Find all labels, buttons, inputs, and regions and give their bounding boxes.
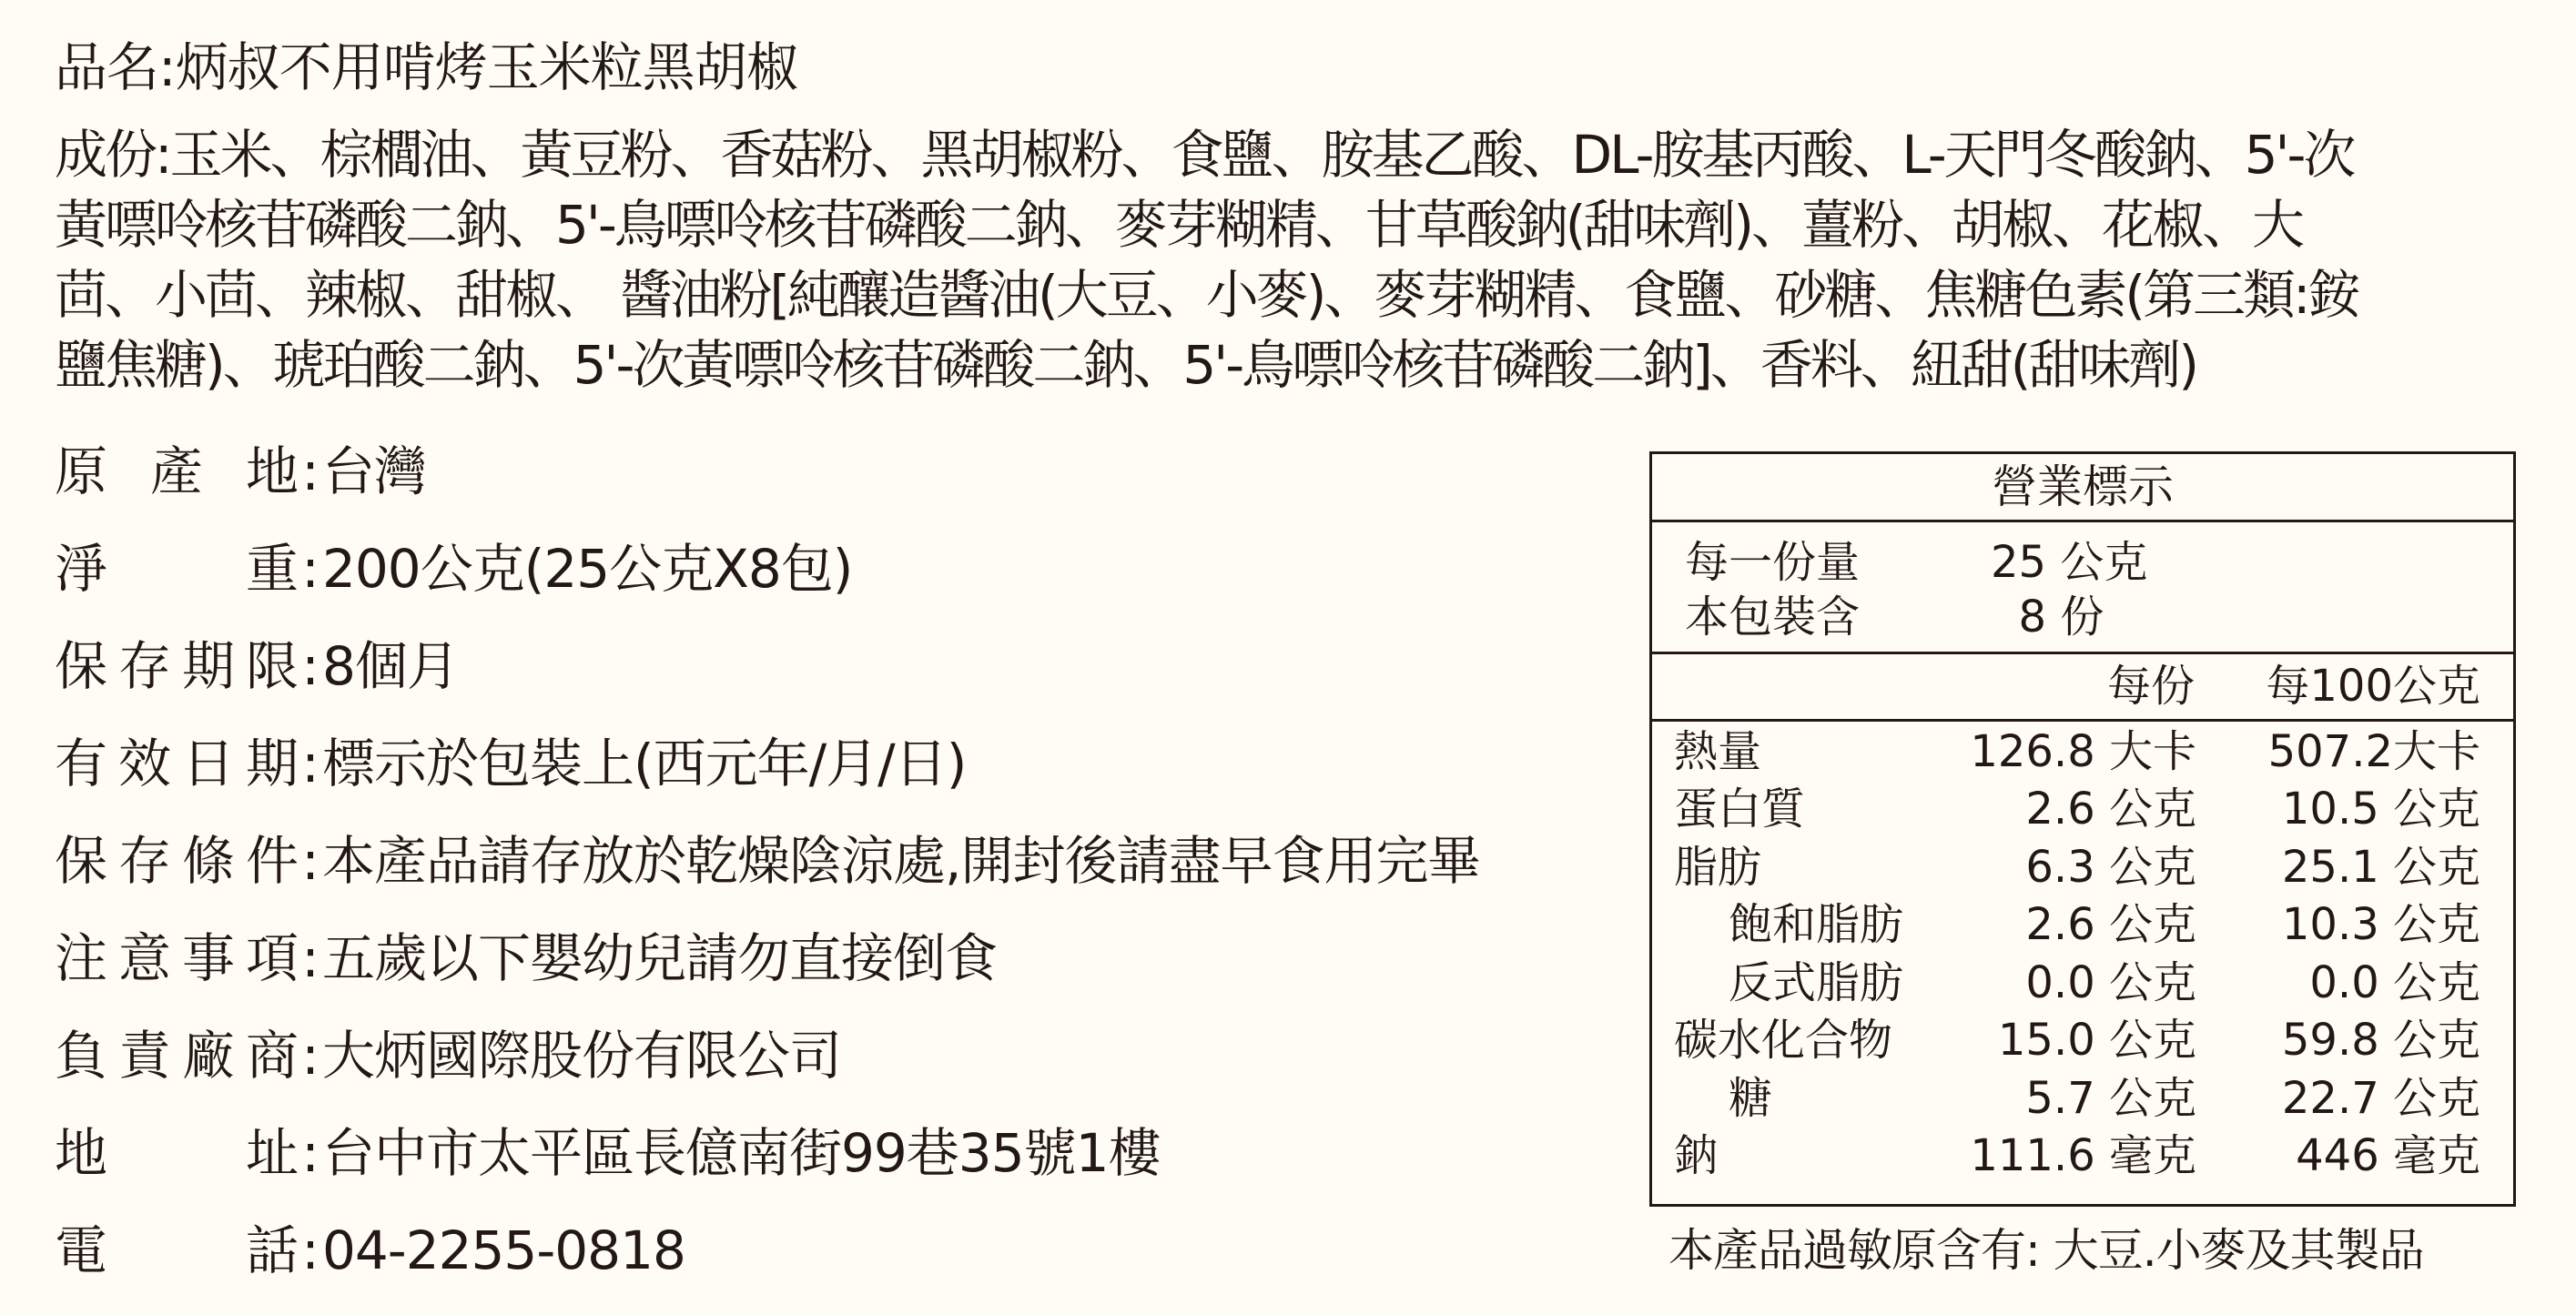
nutrient-per-100g: 25.1 公克 — [2282, 839, 2480, 896]
serving-size-label: 每一份量 — [1685, 535, 1860, 590]
product-name-value: 炳叔不用啃烤玉米粒黑胡椒 — [176, 36, 798, 98]
info-row-origin: 原 產 地 : 台灣 — [55, 439, 426, 504]
colon: : — [299, 926, 322, 991]
info-row-shelf-life: 保 存 期 限 : 8個月 — [55, 633, 459, 699]
info-label: 負 責 廠 商 — [55, 1023, 299, 1088]
ingredients-line: 鹽焦糖)、琥珀酸二鈉、5'-次黃嘌呤核苷磷酸二鈉、5'-鳥嘌呤核苷磷酸二鈉]、香… — [55, 330, 2476, 400]
nutrient-per-serving: 126.8 大卡 — [1970, 723, 2196, 781]
nutrient-per-100g: 10.3 公克 — [2282, 896, 2480, 954]
colon: : — [299, 731, 322, 796]
info-row-phone: 電 話 : 04-2255-0818 — [55, 1218, 685, 1283]
serving-size-value: 25 公克 — [1991, 535, 2147, 590]
label-char: 保 — [55, 828, 107, 894]
nutrition-row: 熱量 126.8 大卡 507.2大卡 — [1652, 723, 2513, 781]
nutrient-per-serving: 2.6 公克 — [2025, 781, 2196, 838]
colon: : — [299, 633, 322, 699]
info-value: 台灣 — [322, 439, 426, 504]
info-value: 8個月 — [322, 633, 459, 699]
ingredients-line: 成份:玉米、棕櫚油、黃豆粉、香菇粉、黑胡椒粉、食鹽、胺基乙酸、DL-胺基丙酸、L… — [55, 120, 2476, 190]
nutrient-per-serving: 6.3 公克 — [2025, 839, 2196, 896]
info-value: 本產品請存放於乾燥陰涼處,開封後請盡早食用完畢 — [322, 828, 1479, 894]
label-char: 廠 — [182, 1023, 235, 1088]
ingredients-block: 成份:玉米、棕櫚油、黃豆粉、香菇粉、黑胡椒粉、食鹽、胺基乙酸、DL-胺基丙酸、L… — [55, 120, 2476, 400]
colon: : — [299, 1023, 322, 1088]
info-row-net-weight: 淨 重 : 200公克(25公克X8包) — [55, 536, 852, 602]
serving-info: 每一份量 25 公克 本包裝含 8 份 — [1652, 522, 2513, 654]
nutrient-per-100g: 59.8 公克 — [2282, 1012, 2480, 1069]
label-char: 產 — [150, 439, 203, 504]
label-char: 淨 — [55, 536, 107, 602]
serving-size-row: 每一份量 25 公克 — [1685, 535, 2513, 590]
label-char: 注 — [55, 926, 107, 991]
nutrient-per-100g: 0.0 公克 — [2309, 955, 2480, 1012]
label-char: 商 — [246, 1023, 299, 1088]
info-row-manufacturer: 負 責 廠 商 : 大炳國際股份有限公司 — [55, 1023, 841, 1088]
nutrient-per-serving: 111.6 毫克 — [1970, 1128, 2196, 1185]
label-char: 有 — [55, 731, 107, 796]
nutrient-per-100g: 22.7 公克 — [2282, 1070, 2480, 1128]
label-char: 存 — [118, 828, 171, 894]
label-char: 事 — [182, 926, 235, 991]
info-label: 有 效 日 期 — [55, 731, 299, 796]
label-char: 地 — [55, 1120, 107, 1186]
info-label: 保 存 條 件 — [55, 828, 299, 894]
product-name: 品名:炳叔不用啃烤玉米粒黑胡椒 — [55, 35, 798, 100]
info-label: 淨 重 — [55, 536, 299, 602]
nutrient-label: 蛋白質 — [1674, 781, 1805, 838]
info-label: 保 存 期 限 — [55, 633, 299, 699]
nutrient-per-100g: 446 毫克 — [2296, 1128, 2480, 1185]
nutrient-label: 鈉 — [1674, 1128, 1718, 1185]
label-char: 條 — [182, 828, 235, 894]
info-value: 台中市太平區長億南街99巷35號1樓 — [322, 1120, 1161, 1186]
nutrition-row: 鈉 111.6 毫克 446 毫克 — [1652, 1128, 2513, 1185]
servings-per-package-row: 本包裝含 8 份 — [1685, 590, 2513, 644]
colon: : — [299, 439, 322, 504]
colon: : — [299, 828, 322, 894]
nutrition-row: 飽和脂肪 2.6 公克 10.3 公克 — [1652, 896, 2513, 954]
ingredients-line: 茴、小茴、辣椒、甜椒、 醬油粉[純釀造醬油(大豆、小麥)、麥芽糊精、食鹽、砂糖、… — [55, 260, 2476, 330]
colon: : — [299, 1120, 322, 1186]
label-char: 原 — [55, 439, 107, 504]
nutrient-per-serving: 15.0 公克 — [1998, 1012, 2196, 1069]
label-char: 電 — [55, 1218, 107, 1283]
allergen-notice: 本產品過敏原含有: 大豆.小麥及其製品 — [1668, 1221, 2424, 1280]
colon: : — [299, 1218, 322, 1283]
label-char: 重 — [246, 536, 299, 602]
nutrient-label: 反式脂肪 — [1729, 955, 1903, 1012]
label-char: 意 — [118, 926, 171, 991]
nutrition-row: 反式脂肪 0.0 公克 0.0 公克 — [1652, 955, 2513, 1012]
info-label: 注 意 事 項 — [55, 926, 299, 991]
nutrient-per-serving: 5.7 公克 — [2025, 1070, 2196, 1128]
info-row-caution: 注 意 事 項 : 五歲以下嬰幼兒請勿直接倒食 — [55, 926, 997, 991]
column-header-per-100g: 每100公克 — [2266, 654, 2480, 719]
label-char: 負 — [55, 1023, 107, 1088]
nutrition-row: 脂肪 6.3 公克 25.1 公克 — [1652, 839, 2513, 896]
label-char: 限 — [246, 633, 299, 699]
info-row-address: 地 址 : 台中市太平區長億南街99巷35號1樓 — [55, 1120, 1161, 1186]
nutrient-label: 糖 — [1729, 1070, 1772, 1128]
servings-value: 8 份 — [1991, 590, 2104, 644]
servings-label: 本包裝含 — [1685, 590, 1860, 644]
nutrient-per-100g: 507.2大卡 — [2268, 723, 2480, 781]
info-label: 地 址 — [55, 1120, 299, 1186]
product-name-label: 品名 — [55, 36, 158, 98]
nutrient-label: 碳水化合物 — [1674, 1012, 1892, 1069]
column-header-per-serving: 每份 — [2107, 654, 2195, 719]
label-char: 地 — [246, 439, 299, 504]
nutrient-label: 熱量 — [1674, 723, 1761, 781]
info-label: 原 產 地 — [55, 439, 299, 504]
info-value: 大炳國際股份有限公司 — [322, 1023, 841, 1088]
label-char: 項 — [246, 926, 299, 991]
label-char: 責 — [118, 1023, 171, 1088]
label-char: 期 — [182, 633, 235, 699]
nutrition-row: 蛋白質 2.6 公克 10.5 公克 — [1652, 781, 2513, 838]
label-char: 址 — [246, 1120, 299, 1186]
label-char: 話 — [246, 1218, 299, 1283]
ingredients-line: 黃嘌呤核苷磷酸二鈉、5'-鳥嘌呤核苷磷酸二鈉、麥芽糊精、甘草酸鈉(甜味劑)、薑粉… — [55, 190, 2476, 260]
info-value: 04-2255-0818 — [322, 1218, 685, 1283]
nutrient-per-serving: 0.0 公克 — [2025, 955, 2196, 1012]
label-char: 件 — [246, 828, 299, 894]
nutrient-label: 飽和脂肪 — [1729, 896, 1903, 954]
info-value: 200公克(25公克X8包) — [322, 536, 852, 602]
label-char: 期 — [246, 731, 299, 796]
nutrition-row: 糖 5.7 公克 22.7 公克 — [1652, 1070, 2513, 1128]
nutrition-row: 碳水化合物 15.0 公克 59.8 公克 — [1652, 1012, 2513, 1069]
colon: : — [299, 536, 322, 602]
info-row-expiry: 有 效 日 期 : 標示於包裝上(西元年/月/日) — [55, 731, 966, 796]
label-char: 存 — [118, 633, 171, 699]
label-char: 效 — [118, 731, 171, 796]
info-row-storage: 保 存 條 件 : 本產品請存放於乾燥陰涼處,開封後請盡早食用完畢 — [55, 828, 1479, 894]
nutrition-facts-table: 營業標示 每一份量 25 公克 本包裝含 8 份 每份 每100公克 熱量 12… — [1649, 451, 2516, 1207]
label-char: 日 — [182, 731, 235, 796]
info-value: 五歲以下嬰幼兒請勿直接倒食 — [322, 926, 997, 991]
label-char: 保 — [55, 633, 107, 699]
colon: : — [158, 36, 176, 98]
nutrient-per-serving: 2.6 公克 — [2025, 896, 2196, 954]
info-label: 電 話 — [55, 1218, 299, 1283]
nutrition-column-headers: 每份 每100公克 — [1652, 654, 2513, 722]
nutrition-title: 營業標示 — [1652, 454, 2513, 522]
nutrient-per-100g: 10.5 公克 — [2282, 781, 2480, 838]
nutrient-label: 脂肪 — [1674, 839, 1761, 896]
info-value: 標示於包裝上(西元年/月/日) — [322, 731, 966, 796]
